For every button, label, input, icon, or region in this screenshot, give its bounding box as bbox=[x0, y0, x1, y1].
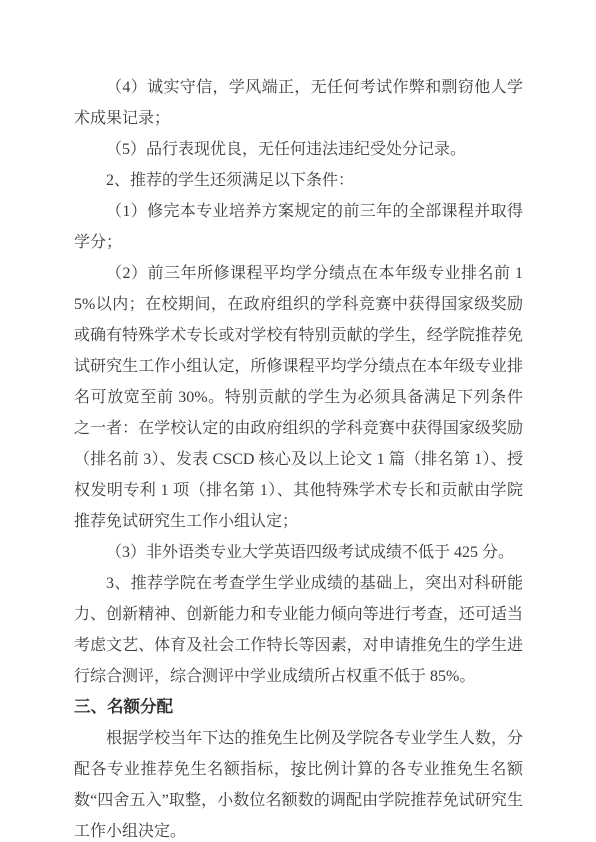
paragraph: （1）修完本专业培养方案规定的前三年的全部课程并取得学分； bbox=[74, 196, 523, 258]
paragraph: （2）前三年所修课程平均学分绩点在本年级专业排名前 15%以内；在校期间，在政府… bbox=[74, 258, 523, 537]
paragraph: （5）品行表现优良，无任何违法违纪受处分记录。 bbox=[74, 134, 523, 165]
paragraph: 根据学校当年下达的推免生比例及学院各专业学生人数，分配各专业推荐免生名额指标，按… bbox=[74, 723, 523, 842]
paragraph: （3）非外语类专业大学英语四级考试成绩不低于 425 分。 bbox=[74, 537, 523, 568]
page-number: 2 bbox=[0, 764, 596, 782]
paragraph: （4）诚实守信，学风端正，无任何考试作弊和剽窃他人学术成果记录； bbox=[74, 72, 523, 134]
document-body: （4）诚实守信，学风端正，无任何考试作弊和剽窃他人学术成果记录； （5）品行表现… bbox=[74, 72, 523, 842]
section-heading: 三、名额分配 bbox=[74, 692, 523, 723]
document-page: （4）诚实守信，学风端正，无任何考试作弊和剽窃他人学术成果记录； （5）品行表现… bbox=[0, 0, 596, 842]
paragraph: 2、推荐的学生还须满足以下条件： bbox=[74, 165, 523, 196]
paragraph: 3、推荐学院在考查学生学业成绩的基础上，突出对科研能力、创新精神、创新能力和专业… bbox=[74, 568, 523, 692]
